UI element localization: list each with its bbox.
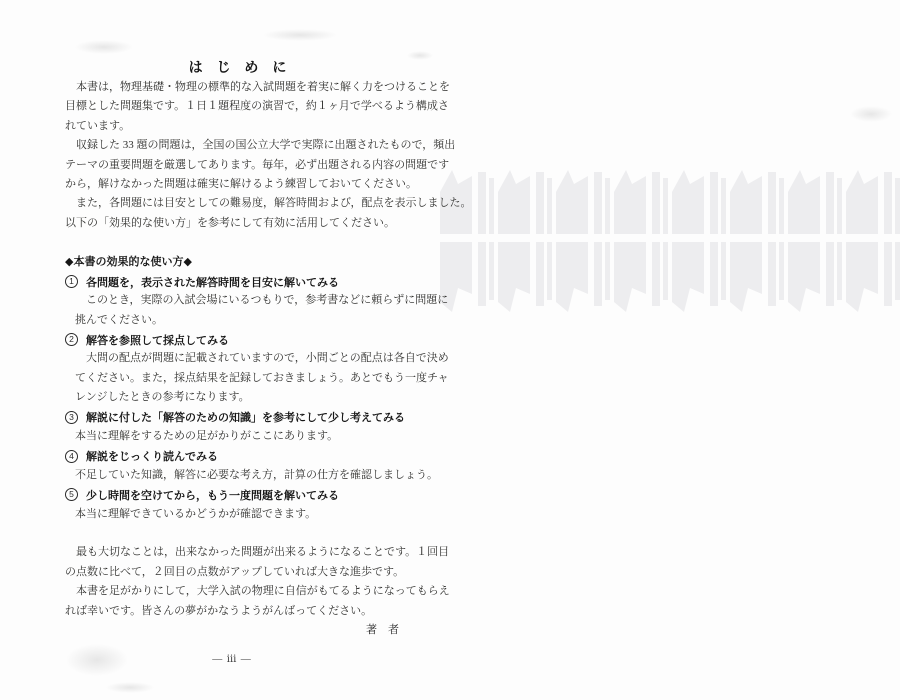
paragraph: 最も大切なことは，出来なかった問題が出来るようになることです。１回目の点数に比べ… (65, 543, 445, 582)
text-line: 収録した 33 題の問題は，全国の国公立大学で実際に出題されたもので，頻出 (65, 136, 445, 155)
text-line: 以下の「効果的な使い方」を参考にして有効に活用してください。 (65, 214, 445, 233)
text-line: 本当に理解をするための足がかりがここにあります。 (75, 427, 445, 446)
text-line: れば幸いです。皆さんの夢がかなうようがんばってください。 (65, 602, 445, 621)
paragraph: また，各問題には目安としての難易度，解答時間および，配点を表示しました。以下の「… (65, 194, 445, 233)
text-line: 大問の配点が問題に記載されていますので，小問ごとの配点は各自で決め (75, 349, 445, 368)
page-title: は じ め に (65, 56, 415, 78)
showthrough-text-artifact (438, 162, 900, 320)
item-body: 本当に理解できているかどうかが確認できます。 (65, 505, 445, 524)
text-line: また，各問題には目安としての難易度，解答時間および，配点を表示しました。 (65, 194, 445, 213)
paragraph: 本書は，物理基礎・物理の標準的な入試問題を着実に解く力をつけることを目標とした問… (65, 78, 445, 136)
item-label-row: 1 各問題を，表示された解答時間を目安に解いてみる (65, 272, 445, 291)
scan-smudge (263, 29, 337, 41)
item-body: 大問の配点が問題に記載されていますので，小問ごとの配点は各自で決めてください。ま… (65, 349, 445, 407)
item-body: このとき，実際の入試会場にいるつもりで，参考書などに頼らずに問題に挑んでください… (65, 291, 445, 330)
text-line: から，解けなかった問題は確実に解けるよう練習しておいてください。 (65, 175, 445, 194)
text-line: てください。また，採点結果を記録しておきましょう。あとでもう一度チャ (75, 369, 445, 388)
usage-item: 1 各問題を，表示された解答時間を目安に解いてみる このとき，実際の入試会場にい… (65, 272, 445, 330)
text-line: テーマの重要問題を厳選してあります。毎年，必ず出題される内容の問題です (65, 156, 445, 175)
usage-item: 5 少し時間を空けてから，もう一度問題を解いてみる 本当に理解できているかどうか… (65, 485, 445, 524)
text-line: 最も大切なことは，出来なかった問題が出来るようになることです。１回目 (65, 543, 445, 562)
scan-smudge (75, 40, 133, 54)
scan-smudge (106, 682, 154, 693)
item-body: 本当に理解をするための足がかりがここにあります。 (65, 427, 445, 446)
item-label: 解説に付した「解答のための知識」を参考にして少し考えてみる (86, 409, 405, 425)
paragraph: 本書を足がかりにして，大学入試の物理に自信がもてるようになってもらえれば幸いです… (65, 582, 445, 621)
item-number-badge: 1 (65, 275, 78, 288)
item-label-row: 3 解説に付した「解答のための知識」を参考にして少し考えてみる (65, 408, 445, 427)
text-line: 本書は，物理基礎・物理の標準的な入試問題を着実に解く力をつけることを (65, 78, 445, 97)
scan-smudge (850, 106, 892, 122)
text-column: は じ め に 本書は，物理基礎・物理の標準的な入試問題を着実に解く力をつけるこ… (65, 56, 445, 640)
item-number-badge: 2 (65, 333, 78, 346)
usage-heading: ◆本書の効果的な使い方◆ (65, 253, 445, 272)
item-label: 少し時間を空けてから，もう一度問題を解いてみる (86, 487, 339, 503)
paragraph: 収録した 33 題の問題は，全国の国公立大学で実際に出題されたもので，頻出テーマ… (65, 136, 445, 194)
text-line: の点数に比べて，２回目の点数がアップしていれば大きな進歩です。 (65, 563, 445, 582)
item-body: 不足していた知識，解答に必要な考え方，計算の仕方を確認しましょう。 (65, 466, 445, 485)
text-line: 本当に理解できているかどうかが確認できます。 (75, 505, 445, 524)
item-label-row: 5 少し時間を空けてから，もう一度問題を解いてみる (65, 485, 445, 504)
item-label-row: 4 解説をじっくり読んでみる (65, 446, 445, 465)
text-line: 不足していた知識，解答に必要な考え方，計算の仕方を確認しましょう。 (75, 466, 445, 485)
text-line: レンジしたときの参考になります。 (75, 388, 445, 407)
usage-list: 1 各問題を，表示された解答時間を目安に解いてみる このとき，実際の入試会場にい… (65, 272, 445, 524)
item-label: 解答を参照して採点してみる (86, 332, 229, 348)
intro-section: 本書は，物理基礎・物理の標準的な入試問題を着実に解く力をつけることを目標とした問… (65, 78, 445, 233)
usage-item: 4 解説をじっくり読んでみる 不足していた知識，解答に必要な考え方，計算の仕方を… (65, 446, 445, 485)
item-label: 各問題を，表示された解答時間を目安に解いてみる (86, 274, 339, 290)
page-number: — ⅲ — (42, 652, 422, 668)
author-signature: 著 者 (65, 621, 445, 640)
item-number-badge: 4 (65, 450, 78, 463)
item-label: 解説をじっくり読んでみる (86, 448, 218, 464)
text-line: このとき，実際の入試会場にいるつもりで，参考書などに頼らずに問題に (75, 291, 445, 310)
scanned-page: は じ め に 本書は，物理基礎・物理の標準的な入試問題を着実に解く力をつけるこ… (0, 0, 900, 700)
item-label-row: 2 解答を参照して採点してみる (65, 330, 445, 349)
text-line: 挑んでください。 (75, 311, 445, 330)
item-number-badge: 3 (65, 411, 78, 424)
item-number-badge: 5 (65, 488, 78, 501)
usage-item: 2 解答を参照して採点してみる 大問の配点が問題に記載されていますので，小問ごと… (65, 330, 445, 408)
text-line: 目標とした問題集です。１日１題程度の演習で，約１ヶ月で学べるよう構成さ (65, 97, 445, 116)
closing-section: 最も大切なことは，出来なかった問題が出来るようになることです。１回目の点数に比べ… (65, 543, 445, 621)
text-line: れています。 (65, 117, 445, 136)
usage-item: 3 解説に付した「解答のための知識」を参考にして少し考えてみる 本当に理解をする… (65, 408, 445, 447)
text-line: 本書を足がかりにして，大学入試の物理に自信がもてるようになってもらえ (65, 582, 445, 601)
